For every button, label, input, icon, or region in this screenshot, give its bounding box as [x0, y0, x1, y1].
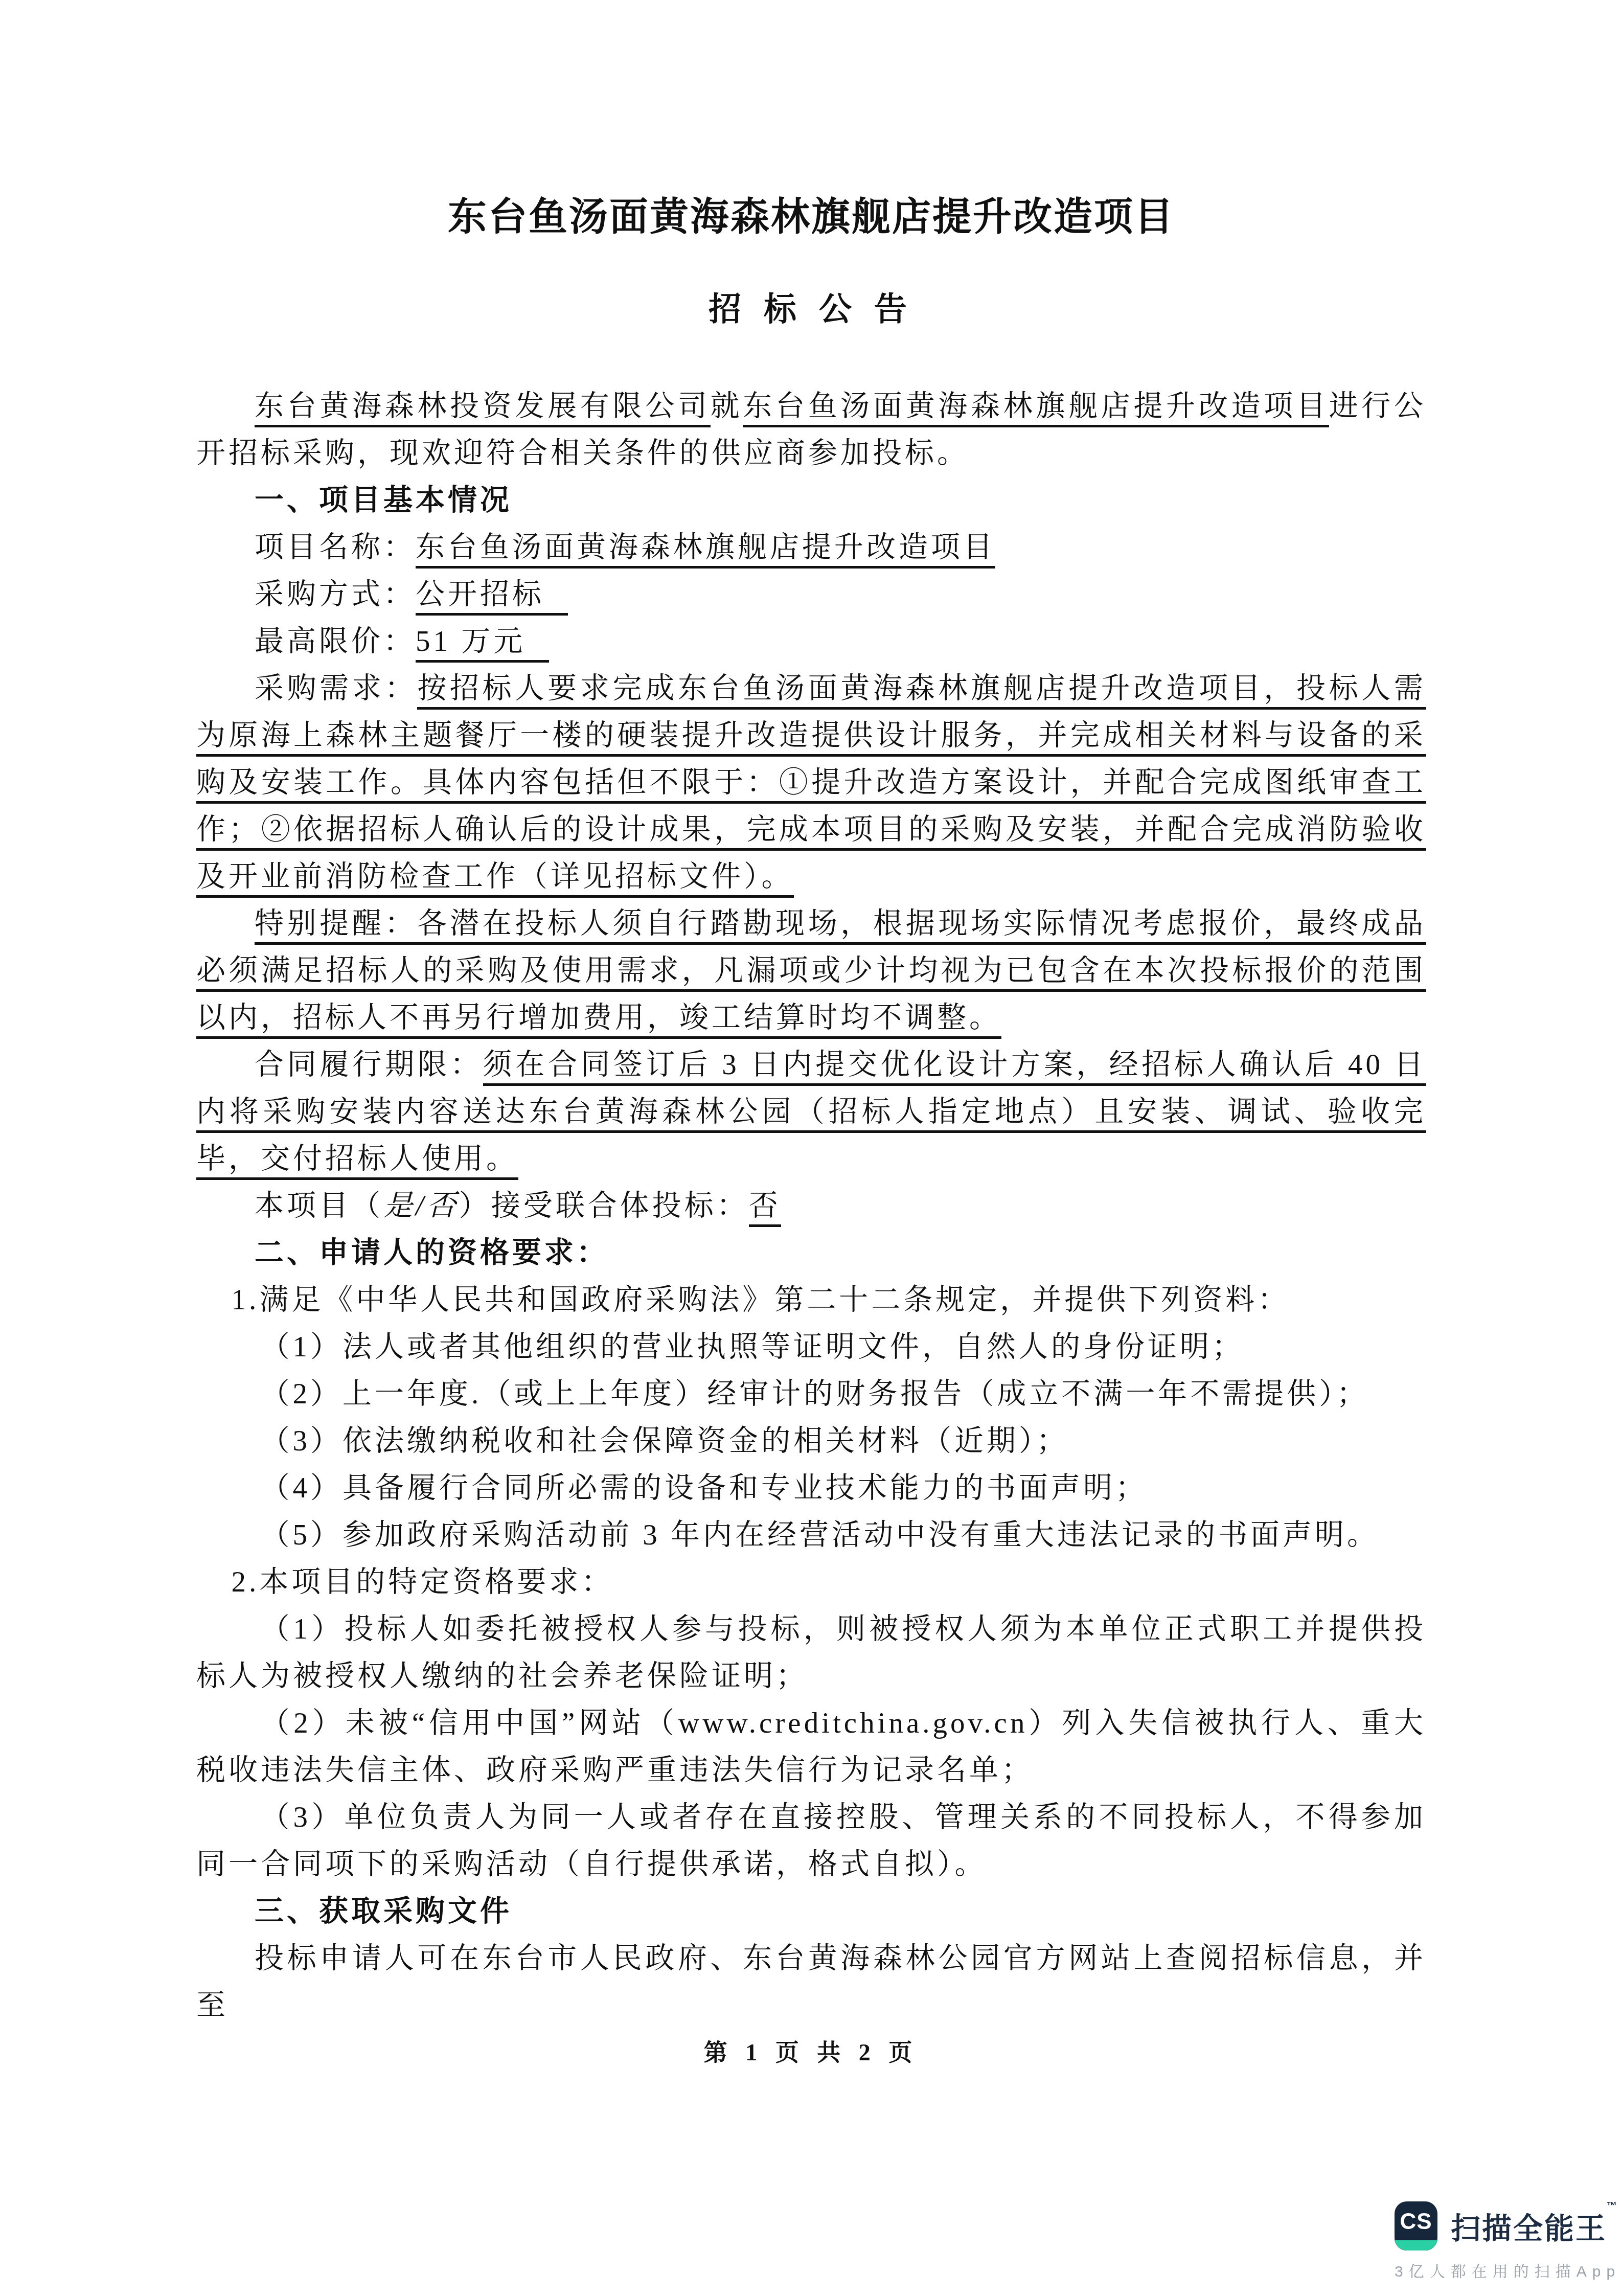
qualification-item-2-2: （2）未被“信用中国”网站（www.creditchina.gov.cn）列入失…	[196, 1700, 1426, 1794]
intro-paragraph: 东台黄海森林投资发展有限公司就东台鱼汤面黄海森林旗舰店提升改造项目进行公开招标采…	[196, 383, 1426, 477]
qualification-rule-1-intro: 1.满足《中华人民共和国政府采购法》第二十二条规定，并提供下列资料：	[196, 1277, 1426, 1324]
page-number-footer: 第 1 页 共 2 页	[0, 2034, 1622, 2067]
section-2-heading: 二、申请人的资格要求：	[196, 1230, 1426, 1277]
joint-bid-suffix: ）接受联合体投标：	[459, 1190, 749, 1222]
qualification-item-1-1: （1）法人或者其他组织的营业执照等证明文件，自然人的身份证明；	[196, 1324, 1426, 1371]
qualification-rule-2-intro: 2.本项目的特定资格要求：	[196, 1559, 1426, 1606]
special-note-paragraph: 特别提醒：各潜在投标人须自行踏勘现场，根据现场实际情况考虑报价，最终成品必须满足…	[196, 900, 1426, 1041]
camscanner-name-text: 扫描全能王	[1451, 2212, 1607, 2245]
project-name-row: 项目名称：东台鱼汤面黄海森林旗舰店提升改造项目	[196, 524, 1426, 571]
intro-project-name: 东台鱼汤面黄海森林旗舰店提升改造项目	[743, 390, 1329, 427]
intro-connector: 就	[711, 390, 743, 422]
contract-duration-label: 合同履行期限：	[255, 1049, 483, 1081]
contract-duration-paragraph: 合同履行期限：须在合同签订后 3 日内提交优化设计方案，经招标人确认后 40 日…	[196, 1041, 1426, 1183]
joint-bid-options: 是/否	[383, 1190, 459, 1222]
camscanner-tagline: 3亿人都在用的扫描App	[1395, 2259, 1609, 2281]
tenderer-company-name: 东台黄海森林投资发展有限公司	[255, 390, 711, 427]
document-title: 东台鱼汤面黄海森林旗舰店提升改造项目	[196, 196, 1426, 239]
document-subtitle: 招 标 公 告	[196, 291, 1426, 328]
section-1-heading: 一、项目基本情况	[196, 477, 1426, 524]
project-name-label: 项目名称：	[255, 531, 416, 563]
qualification-item-1-4: （4）具备履行合同所必需的设备和专业技术能力的书面声明；	[196, 1465, 1426, 1512]
tender-announcement-document: 东台鱼汤面黄海森林旗舰店提升改造项目 招 标 公 告 东台黄海森林投资发展有限公…	[196, 196, 1426, 2029]
scanned-document-page: 东台鱼汤面黄海森林旗舰店提升改造项目 招 标 公 告 东台黄海森林投资发展有限公…	[0, 0, 1622, 2296]
joint-bid-prefix: 本项目（	[255, 1190, 383, 1222]
section-3-heading: 三、获取采购文件	[196, 1888, 1426, 1935]
qualification-item-2-3: （3）单位负责人为同一人或者存在直接控股、管理关系的不同投标人，不得参加同一合同…	[196, 1794, 1426, 1888]
camscanner-logo-row: CS 扫描全能王™	[1395, 2201, 1609, 2250]
joint-bid-paragraph: 本项目（是/否）接受联合体投标：否	[196, 1183, 1426, 1230]
joint-bid-answer: 否	[749, 1190, 781, 1227]
qualification-item-2-1: （1）投标人如委托被授权人参与投标，则被授权人须为本单位正式职工并提供投标人为被…	[196, 1606, 1426, 1700]
qualification-item-1-3: （3）依法缴纳税收和社会保障资金的相关材料（近期）；	[196, 1418, 1426, 1465]
purchase-demand-value: 按招标人要求完成东台鱼汤面黄海森林旗舰店提升改造项目，投标人需为原海上森林主题餐…	[196, 672, 1426, 898]
cs-logo-text: CS	[1400, 2209, 1432, 2235]
camscanner-app-icon: CS	[1395, 2201, 1437, 2250]
purchase-method-row: 采购方式：公开招标	[196, 571, 1426, 618]
trademark-symbol: ™	[1607, 2200, 1618, 2212]
qualification-item-1-2: （2）上一年度.（或上上年度）经审计的财务报告（成立不满一年不需提供）；	[196, 1371, 1426, 1418]
document-body: 东台黄海森林投资发展有限公司就东台鱼汤面黄海森林旗舰店提升改造项目进行公开招标采…	[196, 383, 1426, 2029]
purchase-demand-paragraph: 采购需求：按招标人要求完成东台鱼汤面黄海森林旗舰店提升改造项目，投标人需为原海上…	[196, 665, 1426, 900]
camscanner-watermark: CS 扫描全能王™ 3亿人都在用的扫描App	[1395, 2201, 1609, 2281]
camscanner-app-name: 扫描全能王™	[1451, 2204, 1618, 2247]
obtain-documents-paragraph: 投标申请人可在东台市人民政府、东台黄海森林公园官方网站上查阅招标信息，并至	[196, 1935, 1426, 2029]
price-cap-label: 最高限价：	[255, 625, 416, 657]
price-cap-row: 最高限价：51 万元	[196, 618, 1426, 665]
special-note-text: 特别提醒：各潜在投标人须自行踏勘现场，根据现场实际情况考虑报价，最终成品必须满足…	[196, 907, 1426, 1039]
purchase-method-value: 公开招标	[416, 578, 568, 616]
project-name-value: 东台鱼汤面黄海森林旗舰店提升改造项目	[416, 531, 995, 569]
purchase-method-label: 采购方式：	[255, 578, 416, 610]
price-cap-value: 51 万元	[416, 625, 549, 663]
icon-teal-band	[1395, 2240, 1437, 2250]
qualification-item-1-5: （5）参加政府采购活动前 3 年内在经营活动中没有重大违法记录的书面声明。	[196, 1512, 1426, 1559]
purchase-demand-label: 采购需求：	[255, 672, 417, 704]
